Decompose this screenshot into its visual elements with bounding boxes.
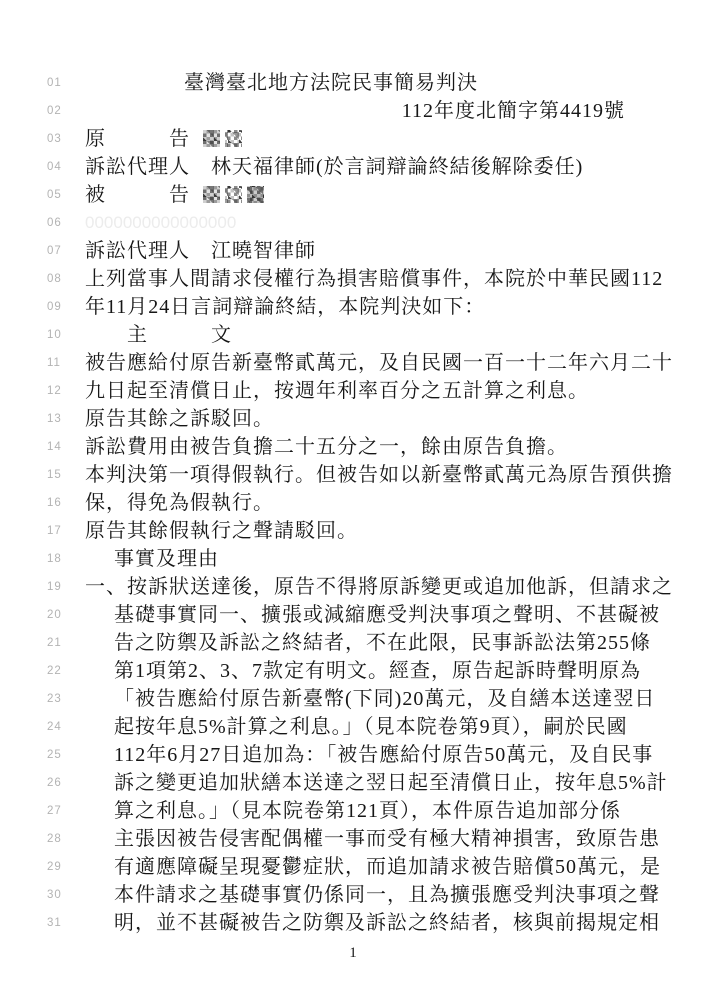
reasons-text: 明，並不甚礙被告之防禦及訴訟之終結者，核與前揭規定相: [85, 909, 625, 937]
line-number: 11: [47, 349, 61, 377]
line-30: 30 本件請求之基礎事實仍係同一，且為擴張應受判決事項之聲: [0, 881, 706, 909]
line-01: 01 臺灣臺北地方法院民事簡易判決: [0, 69, 706, 97]
mosaic-block: [203, 130, 220, 147]
defendant-row: 被 告: [85, 181, 625, 209]
line-07: 07 訴訟代理人 江曉智律師: [0, 237, 706, 265]
line-number: 05: [47, 181, 62, 209]
mosaic-block: [247, 186, 264, 203]
line-number: 27: [47, 797, 62, 825]
line-22: 22 第1項第2、3、7款定有明文。經查，原告起訴時聲明原為: [0, 657, 706, 685]
judgment-text: 本判決第一項得假執行。但被告如以新臺幣貳萬元為原告預供擔: [85, 461, 625, 489]
line-27: 27 算之利息。」（見本院卷第121頁），本件原告追加部分係: [0, 797, 706, 825]
judgment-text: 訴訟費用由被告負擔二十五分之一，餘由原告負擔。: [85, 433, 625, 461]
reasons-text: 起按年息5%計算之利息。」（見本院卷第9頁），嗣於民國: [85, 713, 625, 741]
defendant-attorney: 訴訟代理人 江曉智律師: [85, 237, 625, 265]
line-number: 18: [47, 545, 62, 573]
reasons-text: 主張因被告侵害配偶權一事而受有極大精神損害，致原告患: [85, 825, 625, 853]
line-number: 23: [47, 685, 62, 713]
reasons-text: 本件請求之基礎事實仍係同一，且為擴張應受判決事項之聲: [85, 881, 625, 909]
facts-and-reasons-heading: 事實及理由: [85, 545, 625, 573]
line-17: 17 原告其餘假執行之聲請駁回。: [0, 517, 706, 545]
line-12: 12 九日起至清償日止，按週年利率百分之五計算之利息。: [0, 377, 706, 405]
line-02: 02 112年度北簡字第4419號: [0, 97, 706, 125]
line-number: 30: [47, 881, 62, 909]
line-number: 15: [47, 461, 62, 489]
reasons-text: 基礎事實同一、擴張或減縮應受判決事項之聲明、不甚礙被: [85, 601, 625, 629]
redacted-id-zeros: 0000000000000000: [85, 209, 625, 237]
line-21: 21 告之防禦及訴訟之終結者，不在此限，民事訴訟法第255條: [0, 629, 706, 657]
case-intro-text: 年11月24日言詞辯論終結，本院判決如下：: [85, 293, 625, 321]
line-number: 13: [47, 405, 62, 433]
line-number: 28: [47, 825, 62, 853]
line-number: 03: [47, 125, 62, 153]
line-20: 20 基礎事實同一、擴張或減縮應受判決事項之聲明、不甚礙被: [0, 601, 706, 629]
judgment-text: 保，得免為假執行。: [85, 489, 625, 517]
line-number: 08: [47, 265, 62, 293]
line-number: 06: [47, 209, 62, 237]
mosaic-block: [203, 186, 220, 203]
mosaic-block: [225, 130, 242, 147]
judgment-text: 原告其餘假執行之聲請駁回。: [85, 517, 625, 545]
judgment-document: 01 臺灣臺北地方法院民事簡易判決 02 112年度北簡字第4419號 03 原…: [0, 69, 706, 937]
line-08: 08 上列當事人間請求侵權行為損害賠償事件，本院於中華民國112: [0, 265, 706, 293]
judgment-text: 原告其餘之訴駁回。: [85, 405, 625, 433]
reasons-text: 算之利息。」（見本院卷第121頁），本件原告追加部分係: [85, 797, 625, 825]
plaintiff-row: 原 告: [85, 125, 625, 153]
case-number: 112年度北簡字第4419號: [85, 97, 625, 125]
plaintiff-label: 原 告: [85, 128, 190, 150]
line-number: 14: [47, 433, 62, 461]
line-number: 10: [47, 321, 62, 349]
line-number: 07: [47, 237, 62, 265]
reasons-text: 第1項第2、3、7款定有明文。經查，原告起訴時聲明原為: [85, 657, 625, 685]
line-number: 31: [47, 909, 62, 937]
line-14: 14 訴訟費用由被告負擔二十五分之一，餘由原告負擔。: [0, 433, 706, 461]
line-05: 05 被 告: [0, 181, 706, 209]
line-number: 24: [47, 713, 62, 741]
line-13: 13 原告其餘之訴駁回。: [0, 405, 706, 433]
line-29: 29 有適應障礙呈現憂鬱症狀，而追加請求被告賠償50萬元，是: [0, 853, 706, 881]
line-15: 15 本判決第一項得假執行。但被告如以新臺幣貳萬元為原告預供擔: [0, 461, 706, 489]
line-31: 31 明，並不甚礙被告之防禦及訴訟之終結者，核與前揭規定相: [0, 909, 706, 937]
main-text-heading: 主 文: [85, 321, 625, 349]
line-number: 22: [47, 657, 62, 685]
line-19: 19 一、按訴狀送達後，原告不得將原訴變更或追加他訴，但請求之: [0, 573, 706, 601]
line-09: 09 年11月24日言詞辯論終結，本院判決如下：: [0, 293, 706, 321]
case-intro-text: 上列當事人間請求侵權行為損害賠償事件，本院於中華民國112: [85, 265, 625, 293]
reasons-text: 有適應障礙呈現憂鬱症狀，而追加請求被告賠償50萬元，是: [85, 853, 625, 881]
line-18: 18 事實及理由: [0, 545, 706, 573]
line-03: 03 原 告: [0, 125, 706, 153]
line-24: 24 起按年息5%計算之利息。」（見本院卷第9頁），嗣於民國: [0, 713, 706, 741]
reasons-text: 「被告應給付原告新臺幣(下同)20萬元，及自繕本送達翌日: [85, 685, 625, 713]
line-number: 26: [47, 769, 62, 797]
redacted-plaintiff-name: [203, 130, 242, 148]
line-number: 17: [47, 517, 62, 545]
line-number: 12: [47, 377, 62, 405]
line-28: 28 主張因被告侵害配偶權一事而受有極大精神損害，致原告患: [0, 825, 706, 853]
line-number: 25: [47, 741, 62, 769]
judgment-text: 九日起至清償日止，按週年利率百分之五計算之利息。: [85, 377, 625, 405]
line-23: 23 「被告應給付原告新臺幣(下同)20萬元，及自繕本送達翌日: [0, 685, 706, 713]
redacted-defendant-name: [203, 186, 264, 204]
line-16: 16 保，得免為假執行。: [0, 489, 706, 517]
line-10: 10 主 文: [0, 321, 706, 349]
line-11: 11 被告應給付原告新臺幣貳萬元，及自民國一百一十二年六月二十: [0, 349, 706, 377]
line-04: 04 訴訟代理人 林天福律師(於言詞辯論終結後解除委任): [0, 153, 706, 181]
line-number: 09: [47, 293, 62, 321]
defendant-label: 被 告: [85, 184, 190, 206]
line-number: 01: [47, 69, 62, 97]
mosaic-block: [225, 186, 242, 203]
line-number: 21: [47, 629, 62, 657]
line-06: 06 0000000000000000: [0, 209, 706, 237]
document-title: 臺灣臺北地方法院民事簡易判決: [85, 69, 625, 97]
judgment-text: 被告應給付原告新臺幣貳萬元，及自民國一百一十二年六月二十: [85, 349, 625, 377]
line-number: 20: [47, 601, 62, 629]
line-number: 29: [47, 853, 62, 881]
line-26: 26 訴之變更追加狀繕本送達之翌日起至清償日止，按年息5%計: [0, 769, 706, 797]
line-number: 16: [47, 489, 62, 517]
line-25: 25 112年6月27日追加為：「被告應給付原告50萬元，及自民事: [0, 741, 706, 769]
plaintiff-attorney: 訴訟代理人 林天福律師(於言詞辯論終結後解除委任): [85, 153, 625, 181]
reasons-text: 告之防禦及訴訟之終結者，不在此限，民事訴訟法第255條: [85, 629, 625, 657]
reasons-text: 112年6月27日追加為：「被告應給付原告50萬元，及自民事: [85, 741, 625, 769]
reasons-text: 訴之變更追加狀繕本送達之翌日起至清償日止，按年息5%計: [85, 769, 625, 797]
page-number: 1: [0, 942, 706, 964]
line-number: 04: [47, 153, 62, 181]
reasons-text: 一、按訴狀送達後，原告不得將原訴變更或追加他訴，但請求之: [85, 573, 625, 601]
line-number: 02: [47, 97, 62, 125]
line-number: 19: [47, 573, 62, 601]
